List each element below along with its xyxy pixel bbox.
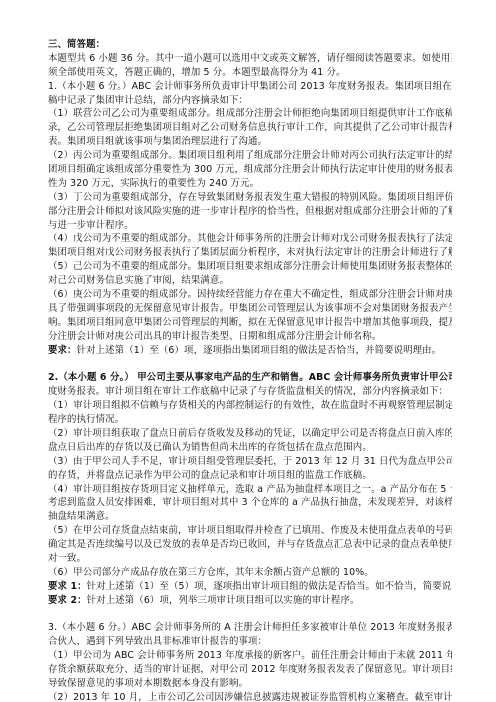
q1-line: 具了带强调事项段的无保留意见审计报告。甲集团公司管理层认为该事项不会对集团财务报… — [48, 302, 452, 316]
intro-line: 本题型共 6 小题 36 分。其中一道小题可以选用中文或英文解答，请仔细阅读答题… — [48, 52, 452, 66]
q3-line: （2）2013 年 10 月，上市公司乙公司因涉嫌信息披露违规被证券监管机构立案… — [48, 691, 452, 702]
spacer — [48, 608, 452, 622]
q1-line: （1）联营公司乙公司为重要组成部分。组成部分注册会计师拒绝向集团项目组提供审计工… — [48, 107, 452, 121]
q1-line: 响。集团项目组同意甲集团公司管理层的判断，拟在无保留意见审计报告中增加其他事项段… — [48, 316, 452, 330]
requirement-label: 要求 1： — [48, 581, 87, 592]
q1-line: （2）丙公司为重要组成部分。集团项目组利用了组成部分注册会计师对丙公司执行法定审… — [48, 149, 452, 163]
q1-line: 集团项目组对戊公司财务报表执行了集团层面分析程序，未对执行法定审计的注册会计师进… — [48, 246, 452, 260]
requirement-label: 要求 2： — [48, 595, 87, 606]
q1-line: 稿中记录了集团审计总结，部分内容摘录如下： — [48, 94, 452, 108]
q2-line: 程序的执行情况。 — [48, 413, 452, 427]
section-title: 三、简答题： — [48, 38, 452, 52]
question-2: 2.（本小题 6 分。） 甲公司主要从事家电产品的生产和销售。ABC 会计师事务… — [48, 371, 452, 607]
q2-first-line: 2.（本小题 6 分。） 甲公司主要从事家电产品的生产和销售。ABC 会计师事务… — [48, 372, 452, 383]
q2-line: 抽盘结果满意。 — [48, 510, 452, 524]
requirement-text: 针对上述第（6）项，列举三项审计项目组可以实施的审计程序。 — [87, 595, 360, 606]
q1-line: 团项目组确定该组成部分重要性为 300 万元，组成部分注册会计师执行法定审计使用… — [48, 163, 452, 177]
q1-line: 与进一步审计程序。 — [48, 219, 452, 233]
requirement-label: 要求： — [48, 345, 77, 356]
q2-line: 对一致。 — [48, 552, 452, 566]
q3-line: 3.（本小题 6 分。）ABC 会计师事务所的 A 注册会计师担任多家被审计单位… — [48, 621, 452, 635]
q1-line: 性为 320 万元，实际执行的重要性为 240 万元。 — [48, 177, 452, 191]
q1-line: （6）庚公司为不重要的组成部分。因持续经营能力存在重大不确定性，组成部分注册会计… — [48, 288, 452, 302]
q2-line: （3）由于甲公司人手不足，审计项目组受管理层委托，于 2013 年 12 月 3… — [48, 455, 452, 469]
requirement-text: 针对上述第（1）至（6）项，逐项指出集团项目组的做法是否恰当，并简要说明理由。 — [77, 345, 442, 356]
q3-line: （1）甲公司为 ABC 会计师事务所 2013 年度承接的新客户。前任注册会计师… — [48, 649, 452, 663]
q1-line: （3）丁公司为重要组成部分，存在导致集团财务报表发生重大错报的特别风险。集团项目… — [48, 191, 452, 205]
q2-line: 2.（本小题 6 分。） 甲公司主要从事家电产品的生产和销售。ABC 会计师事务… — [48, 371, 452, 385]
q2-requirement-2: 要求 2：针对上述第（6）项，列举三项审计项目组可以实施的审计程序。 — [48, 594, 452, 608]
q1-line: 部分注册会计师拟对该风险实施的进一步审计程序的恰当性，但根据对组成部分注册会计师… — [48, 205, 452, 219]
q1-line: （4）戊公司为不重要的组成部分。其他会计师事务所的注册会计师对戊公司财务报表执行… — [48, 232, 452, 246]
q2-line: 盘点日后出库的存货以及已确认为销售但尚未出库的存货包括在盘点范围内。 — [48, 441, 452, 455]
q1-requirement: 要求：针对上述第（1）至（6）项，逐项指出集团项目组的做法是否恰当，并简要说明理… — [48, 344, 452, 358]
intro-line: 须全部使用英文，答题正确的，增加 5 分。本题型最高得分为 41 分。 — [48, 66, 452, 80]
q2-line: （4）审计项目组按存货项目定义抽样单元，选取 a 产品为抽盘样本项目之一。a 产… — [48, 483, 452, 497]
q1-line: 录，乙公司管理层拒绝集团项目组对乙公司财务信息执行审计工作，向其提供了乙公司审计… — [48, 121, 452, 135]
q2-line: （1）审计项目组拟不信赖与存货相关的内部控制运行的有效性，故在监盘时不再观察管理… — [48, 399, 452, 413]
q3-line: 导致保留意见的事项对本期数据本身没有影响。 — [48, 677, 452, 691]
q1-line: 对己公司财务信息实施了审阅，结果满意。 — [48, 274, 452, 288]
q1-line: 1.（本小题 6 分。）ABC 会计师事务所负责审计甲集团公司 2013 年度财… — [48, 80, 452, 94]
q1-line: 分注册会计师对庚公司出具的审计报告类型、日期和组成部分注册会计师名称。 — [48, 330, 452, 344]
q2-line: （2）审计项目组获取了盘点日前后存货收发及移动的凭证，以确定甲公司是否将盘点日前… — [48, 427, 452, 441]
q2-line: 度财务报表。审计项目组在审计工作底稿中记录了与存货监盘相关的情况，部分内容摘录如… — [48, 385, 452, 399]
q2-line: 考虑到监盘人员安排困难，审计项目组对其中 3 个仓库的 a 产品执行抽盘，未发现… — [48, 496, 452, 510]
q1-line: （5）己公司为不重要的组成部分。集团项目组要求组成部分注册会计师使用集团财务报表… — [48, 260, 452, 274]
document-page: 三、简答题： 本题型共 6 小题 36 分。其中一道小题可以选用中文或英文解答，… — [48, 38, 452, 702]
question-1: 1.（本小题 6 分。）ABC 会计师事务所负责审计甲集团公司 2013 年度财… — [48, 80, 452, 358]
q2-line: （6）甲公司部分产成品存放在第三方仓库，其年末余额占资产总额的 10%。 — [48, 566, 452, 580]
q1-line: 表。集团项目组就该事项与集团治理层进行了沟通。 — [48, 135, 452, 149]
q2-line: 确定其是否连续编号以及已发放的表单是否均已收回，并与存货盘点汇总表中记录的盘点表… — [48, 538, 452, 552]
spacer — [48, 357, 452, 371]
q2-requirement-1: 要求 1：针对上述第（1）至（5）项，逐项指出审计项目组的做法是否恰当。如不恰当… — [48, 580, 452, 594]
q2-line: 的存货，并将盘点记录作为甲公司的盘点记录和审计项目组的监盘工作底稿。 — [48, 469, 452, 483]
question-3: 3.（本小题 6 分。）ABC 会计师事务所的 A 注册会计师担任多家被审计单位… — [48, 621, 452, 702]
q2-line: （5）在甲公司存货盘点结束前，审计项目组取得并检查了已填用、作废及未使用盘点表单… — [48, 524, 452, 538]
q3-line: 存货余额获取充分、适当的审计证据，对甲公司 2012 年度财务报表发表了保留意见… — [48, 663, 452, 677]
requirement-text: 针对上述第（1）至（5）项，逐项指出审计项目组的做法是否恰当。如不恰当，简要说明… — [87, 581, 452, 592]
q3-line: 合伙人，遇到下列导致出具非标准审计报告的事项： — [48, 635, 452, 649]
